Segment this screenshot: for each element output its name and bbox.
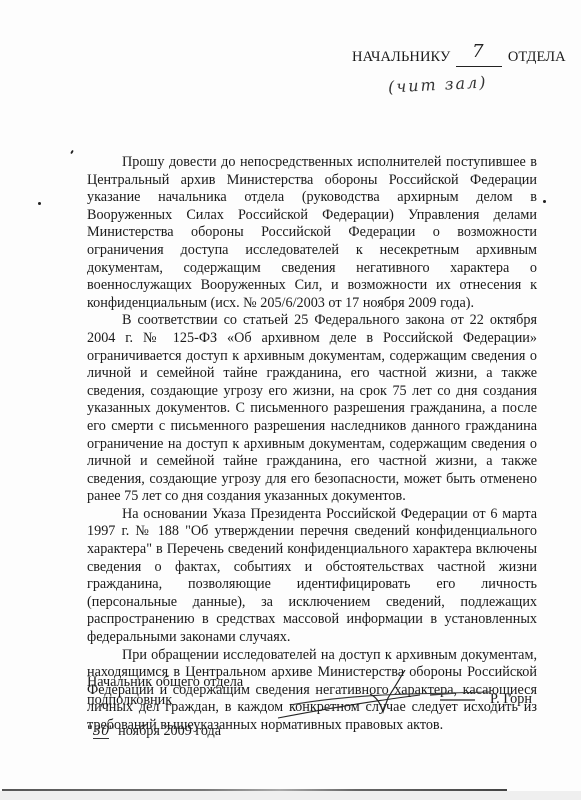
handwritten-note: (чит зал) (388, 72, 488, 96)
scanned-document-page: НАЧАЛЬНИКУ 7 ОТДЕЛА (чит зал) Прошу дове… (0, 0, 581, 800)
signer-name: Р. Горн (490, 691, 532, 708)
date-month-year: ноября 2009 года (115, 723, 221, 739)
scan-speck (38, 202, 41, 205)
handwritten-signature-icon (270, 670, 500, 725)
scan-speck (543, 200, 546, 203)
document-date: "30" ноября 2009 года (87, 723, 221, 740)
department-number-blank: 7 (456, 49, 502, 67)
addressee-prefix: НАЧАЛЬНИКУ (352, 49, 450, 65)
addressee-suffix: ОТДЕЛА (508, 49, 566, 65)
date-day-handwritten: 30 (93, 725, 109, 739)
paragraph: На основании Указа Президента Российской… (87, 506, 537, 647)
scan-speck (70, 150, 74, 154)
addressee-line: НАЧАЛЬНИКУ 7 ОТДЕЛА (352, 49, 566, 67)
paragraph: Прошу довести до непосредственных исполн… (87, 154, 537, 312)
signer-position-line2: подполковник (87, 691, 243, 709)
signer-position: Начальник общего отдела подполковник (87, 673, 243, 709)
scan-edge-shadow (0, 791, 581, 800)
department-number-handwritten: 7 (472, 41, 484, 62)
signer-position-line1: Начальник общего отдела (87, 673, 243, 691)
letter-body: Прошу довести до непосредственных исполн… (87, 154, 537, 735)
paragraph: В соответствии со статьей 25 Федеральног… (87, 312, 537, 506)
